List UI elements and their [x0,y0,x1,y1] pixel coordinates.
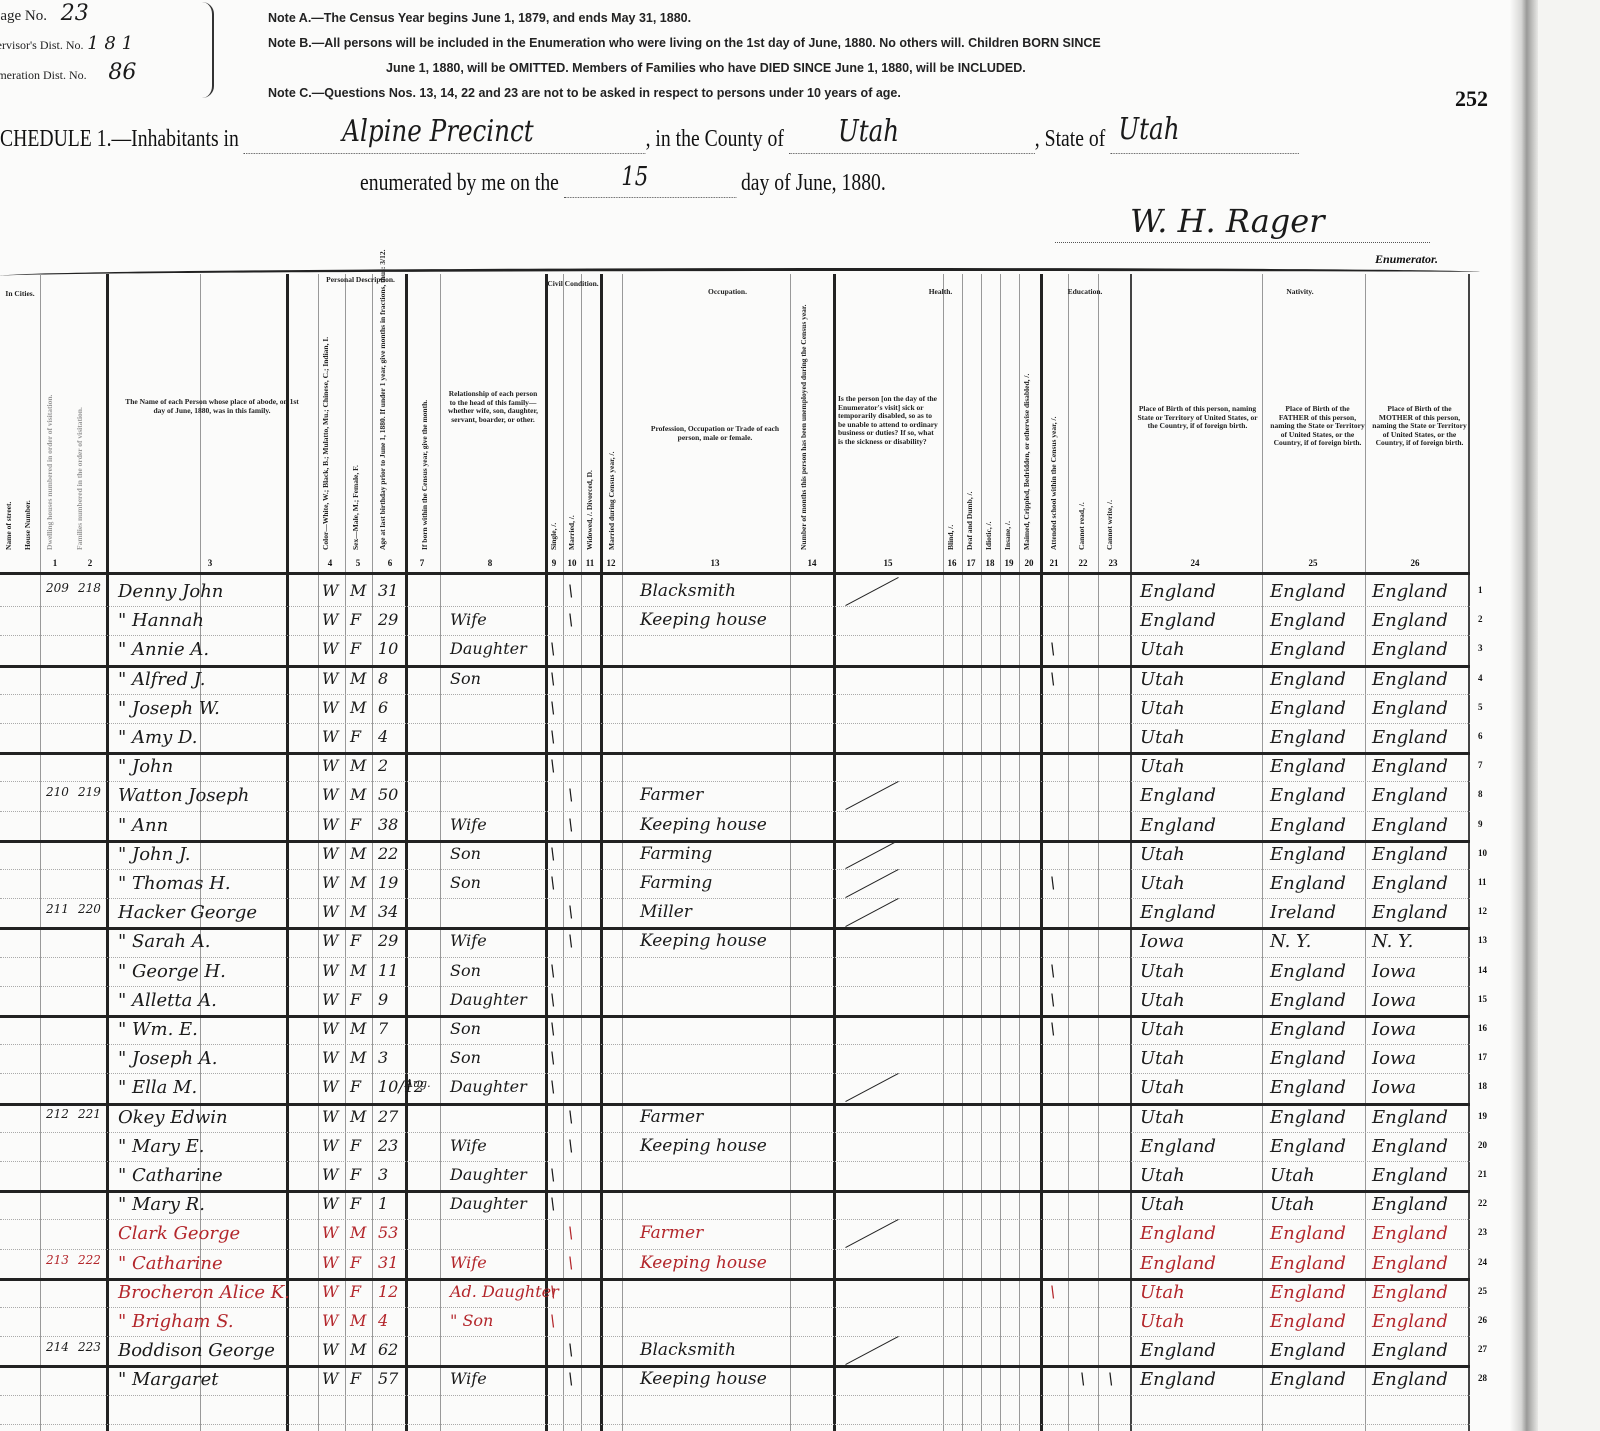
mother-birthplace-cell: Iowa [1372,1048,1416,1069]
header-col17: Deaf and Dumb, /. [966,460,974,550]
precinct-value: Alpine Precinct [342,114,533,149]
table-row: " Ella M.WF10/12Aug.Daughter\UtahEngland… [0,1075,1480,1104]
single-mark: \ [550,961,555,980]
table-row: " Joseph A.WM3Son\UtahEnglandIowa17 [0,1046,1480,1075]
table-row: " Mary R.WF1Daughter\UtahUtahEngland22 [0,1192,1480,1221]
relationship-cell: Wife [450,815,487,834]
table-row: " Brigham S.WM4" Son\UtahEnglandEngland2… [0,1309,1480,1338]
table-row: " JohnWM2\UtahEnglandEngland7 [0,754,1480,783]
line-number: 14 [1478,965,1487,975]
age-cell: 9 [378,990,388,1009]
occupation-cell: Blacksmith [640,581,736,601]
column-number: 22 [1071,558,1095,568]
single-mark: \ [550,844,555,863]
relationship-cell: Daughter [450,990,527,1009]
mother-birthplace-cell: England [1372,1136,1448,1157]
color-cell: W [322,756,338,775]
attended-school-mark: \ [1050,1019,1055,1038]
age-cell: 1 [378,1194,388,1213]
birthplace-cell: Utah [1140,698,1185,719]
mother-birthplace-cell: England [1372,1340,1448,1361]
married-mark: \ [568,902,573,921]
single-mark: \ [550,1282,555,1301]
father-birthplace-cell: England [1270,727,1346,748]
table-row: 209218Denny JohnWM31\BlacksmithEnglandEn… [0,579,1480,608]
sex-cell: F [350,1165,361,1184]
line-number: 6 [1478,731,1483,741]
married-mark: \ [568,1136,573,1155]
sex-cell: F [350,931,361,950]
table-row: 213222" CatharineWF31Wife\Keeping houseE… [0,1251,1480,1280]
page-no-label: Page No. [0,3,47,30]
age-cell: 50 [378,785,398,804]
married-mark: \ [568,1340,573,1359]
line-number: 16 [1478,1023,1487,1033]
line-number: 24 [1478,1257,1487,1267]
sex-cell: F [350,1077,361,1096]
signature-line [1055,242,1430,243]
column-number: 1 [43,558,67,568]
father-birthplace-cell: England [1270,1369,1346,1390]
enumeration-value: 86 [108,60,136,85]
header-civil-condition: Civil Condition. [545,280,601,289]
note-a: Note A.—The Census Year begins June 1, 1… [268,6,1101,31]
person-name: " Mary R. [118,1194,205,1215]
age-cell: 62 [378,1340,398,1359]
color-cell: W [322,1253,338,1272]
column-number: 3 [198,558,222,568]
married-mark: \ [568,581,573,600]
column-number: 24 [1183,558,1207,568]
occupation-cell: Farmer [640,785,703,805]
header-col6: Age at last birthday prior to June 1, 18… [379,310,387,550]
person-name: " Thomas H. [118,873,231,894]
column-number: 15 [876,558,900,568]
header-col4: Color—White, W.; Black, B.; Mulatto, Mu.… [322,310,330,550]
header-col15: Is the person [on the day of the Enumera… [838,395,938,446]
color-cell: W [322,1048,338,1067]
header-col18: Idiotic, /. [985,490,993,550]
person-name: " Ella M. [118,1077,197,1098]
age-cell: 7 [378,1019,388,1038]
header-in-cities: In Cities. [0,290,40,299]
table-row: 210219Watton JosephWM50\FarmerEnglandEng… [0,783,1480,812]
relationship-cell: Wife [450,610,487,629]
table-row: 211220Hacker GeorgeWM34\MillerEnglandIre… [0,900,1480,929]
header-col14: Number of months this person has been un… [800,318,808,550]
row-rule [0,572,1470,575]
mother-birthplace-cell: England [1372,727,1448,748]
supervisor-label: Supervisor's Dist. No. [0,32,84,59]
header-col8: Relationship of each person to the head … [448,390,538,424]
father-birthplace-cell: England [1270,990,1346,1011]
father-birthplace-cell: England [1270,1223,1346,1244]
sex-cell: M [350,961,366,980]
day-value: 15 [621,162,648,192]
header-nativity: Nativity. [1130,288,1470,297]
birthplace-cell: England [1140,581,1216,602]
table-row: " HannahWF29Wife\Keeping houseEnglandEng… [0,608,1480,637]
line-number: 18 [1478,1081,1487,1091]
header-col13: Profession, Occupation or Trade of each … [640,425,790,442]
header-house: House Number. [24,460,32,550]
father-birthplace-cell: Ireland [1270,902,1336,923]
header-col7: If born within the Census year, give the… [421,330,429,550]
color-cell: W [322,1019,338,1038]
birthplace-cell: England [1140,1253,1216,1274]
header-col11: Widowed, /. Divorced, D. [586,420,594,550]
mother-birthplace-cell: England [1372,1253,1448,1274]
column-number: 8 [478,558,502,568]
sex-cell: F [350,1253,361,1272]
table-row: 214223Boddison GeorgeWM62\BlacksmithEngl… [0,1338,1480,1367]
married-mark: \ [568,1253,573,1272]
mother-birthplace-cell: England [1372,1107,1448,1128]
birthplace-cell: Utah [1140,1048,1185,1069]
table-row: " Sarah A.WF29Wife\Keeping houseIowaN. Y… [0,929,1480,958]
single-mark: \ [550,669,555,688]
attended-school-mark: \ [1050,1282,1055,1301]
precinct-field: Alpine Precinct [244,126,646,154]
father-birthplace-cell: Utah [1270,1165,1315,1186]
header-health: Health. [838,288,1043,297]
page-no-value: 23 [61,1,89,26]
single-mark: \ [550,990,555,1009]
relationship-cell: Daughter [450,1077,527,1096]
sex-cell: F [350,1282,361,1301]
age-cell: 3 [378,1165,388,1184]
person-name: " Alletta A. [118,990,217,1011]
family-number: 221 [78,1107,101,1121]
line-number: 15 [1478,994,1487,1004]
person-name: Brocheron Alice K. [118,1282,290,1303]
relationship-cell: " Son [450,1311,493,1330]
age-cell: 2 [378,756,388,775]
color-cell: W [322,698,338,717]
birthplace-cell: Utah [1140,990,1185,1011]
dwelling-number: 212 [46,1107,69,1121]
color-cell: W [322,610,338,629]
color-cell: W [322,1165,338,1184]
color-cell: W [322,815,338,834]
married-mark: \ [568,815,573,834]
person-name: Denny John [118,581,223,602]
person-name: Watton Joseph [118,785,249,806]
color-cell: W [322,785,338,804]
color-cell: W [322,639,338,658]
birthplace-cell: Utah [1140,1077,1185,1098]
occupation-cell: Keeping house [640,1369,767,1389]
person-name: " John [118,756,173,777]
birthplace-cell: Utah [1140,844,1185,865]
dwelling-number: 211 [46,902,69,916]
mother-birthplace-cell: England [1372,1194,1448,1215]
father-birthplace-cell: England [1270,1340,1346,1361]
line-number: 12 [1478,906,1487,916]
father-birthplace-cell: Utah [1270,1194,1315,1215]
color-cell: W [322,727,338,746]
father-birthplace-cell: England [1270,815,1346,836]
column-number: 13 [703,558,727,568]
enumeration-label: Enumeration Dist. No. [0,62,87,89]
column-number: 4 [318,558,342,568]
attended-school-mark: \ [1050,961,1055,980]
enumerated-prefix: enumerated by me on the [360,170,559,196]
line-number: 7 [1478,760,1483,770]
sex-cell: M [350,902,366,921]
color-cell: W [322,1311,338,1330]
mother-birthplace-cell: Iowa [1372,990,1416,1011]
birthplace-cell: Utah [1140,1107,1185,1128]
family-number: 218 [78,581,101,595]
day-field: 15 [564,170,736,198]
color-cell: W [322,669,338,688]
age-cell: 57 [378,1369,398,1388]
father-birthplace-cell: England [1270,873,1346,894]
father-birthplace-cell: England [1270,844,1346,865]
attended-school-mark: \ [1050,669,1055,688]
column-number: 7 [410,558,434,568]
line-number: 13 [1478,935,1487,945]
table-row: " Alfred J.WM8Son\\UtahEnglandEngland4 [0,667,1480,696]
age-cell: 3 [378,1048,388,1067]
mother-birthplace-cell: England [1372,1223,1448,1244]
mother-birthplace-cell: Iowa [1372,1019,1416,1040]
header-col12: Married during Census year, /. [608,410,616,550]
sex-cell: M [350,1107,366,1126]
father-birthplace-cell: England [1270,1019,1346,1040]
relationship-cell: Son [450,669,481,688]
birthplace-cell: Utah [1140,961,1185,982]
occupation-cell: Miller [640,902,692,922]
person-name: " George H. [118,961,226,982]
age-cell: 8 [378,669,388,688]
person-name: " Amy D. [118,727,197,748]
relationship-cell: Son [450,961,481,980]
age-cell: 34 [378,902,398,921]
sex-cell: M [350,1311,366,1330]
page-binding [1510,0,1538,1431]
age-cell: 31 [378,1253,398,1272]
person-name: " Margaret [118,1369,219,1390]
father-birthplace-cell: England [1270,785,1346,806]
family-number: 219 [78,785,101,799]
single-mark: \ [550,1048,555,1067]
father-birthplace-cell: England [1270,961,1346,982]
dwelling-number: 213 [46,1253,69,1267]
line-number: 26 [1478,1315,1487,1325]
age-cell: 23 [378,1136,398,1155]
adjacent-page-edge [1538,0,1600,1431]
person-name: " Wm. E. [118,1019,198,1040]
state-field: Utah [1110,126,1299,154]
single-mark: \ [550,1077,555,1096]
enumerator-label: Enumerator. [1375,252,1438,267]
note-b: Note B.—All persons will be included in … [268,31,1101,56]
person-name: " Joseph A. [118,1048,218,1069]
header-occupation: Occupation. [625,288,830,297]
age-cell: 29 [378,931,398,950]
sex-cell: M [350,844,366,863]
line-number: 17 [1478,1052,1487,1062]
dwelling-number: 210 [46,785,69,799]
birthplace-cell: Utah [1140,639,1185,660]
single-mark: \ [550,1194,555,1213]
person-name: " Mary E. [118,1136,205,1157]
line-number: 28 [1478,1373,1487,1383]
birthplace-cell: England [1140,1223,1216,1244]
line-number: 8 [1478,789,1483,799]
table-row: " Wm. E.WM7Son\\UtahEnglandIowa16 [0,1017,1480,1046]
color-cell: W [322,1194,338,1213]
father-birthplace-cell: England [1270,1107,1346,1128]
father-birthplace-cell: England [1270,669,1346,690]
header-street: Name of street. [5,460,13,550]
age-cell: 4 [378,727,388,746]
header-col22: Cannot read, /. [1078,470,1086,550]
married-mark: \ [568,931,573,950]
table-row: Clark GeorgeWM53\FarmerEnglandEnglandEng… [0,1221,1480,1250]
line-number: 2 [1478,614,1483,624]
father-birthplace-cell: England [1270,1136,1346,1157]
header-col2: Families numbered in the order of visita… [76,340,84,550]
column-number: 14 [800,558,824,568]
relationship-cell: Ad. Daughter [450,1282,559,1301]
relationship-cell: Son [450,1019,481,1038]
person-name: " Brigham S. [118,1311,234,1332]
header-col1: Dwelling houses numbered in order of vis… [46,340,54,550]
header-col24: Place of Birth of this person, naming St… [1135,405,1260,431]
relationship-cell: Wife [450,1369,487,1388]
age-cell: 31 [378,581,398,600]
note-c: Note C.—Questions Nos. 13, 14, 22 and 23… [268,81,1101,106]
occupation-cell: Farming [640,844,712,864]
father-birthplace-cell: England [1270,581,1346,602]
person-name: Hacker George [118,902,257,923]
person-name: Okey Edwin [118,1107,228,1128]
line-number: 5 [1478,702,1483,712]
sex-cell: M [350,1048,366,1067]
age-cell: 11 [378,961,398,980]
age-cell: 53 [378,1223,398,1242]
mother-birthplace-cell: England [1372,756,1448,777]
color-cell: W [322,1340,338,1359]
column-number: 23 [1101,558,1125,568]
father-birthplace-cell: England [1270,639,1346,660]
column-number: 25 [1301,558,1325,568]
birthplace-cell: Utah [1140,1282,1185,1303]
birthplace-cell: England [1140,1340,1216,1361]
sex-cell: F [350,815,361,834]
enumerator-signature: W. H. Rager [1130,202,1325,240]
color-cell: W [322,1223,338,1242]
occupation-cell: Blacksmith [640,1340,736,1360]
birthplace-cell: Utah [1140,1311,1185,1332]
single-mark: \ [550,1311,555,1330]
relationship-cell: Daughter [450,639,527,658]
sex-cell: M [350,1019,366,1038]
header-personal-description: Personal Description. [313,276,408,285]
occupation-cell: Keeping house [640,610,767,630]
table-row: " Thomas H.WM19Son\Farming\UtahEnglandEn… [0,871,1480,900]
birthplace-cell: England [1140,1369,1216,1390]
age-cell: 38 [378,815,398,834]
married-mark: \ [568,610,573,629]
mother-birthplace-cell: England [1372,1165,1448,1186]
mother-birthplace-cell: Iowa [1372,1077,1416,1098]
occupation-cell: Keeping house [640,931,767,951]
birthplace-cell: Utah [1140,669,1185,690]
single-mark: \ [550,1165,555,1184]
header-col26: Place of Birth of the MOTHER of this per… [1372,405,1467,448]
relationship-cell: Wife [450,1253,487,1272]
father-birthplace-cell: England [1270,756,1346,777]
person-name: " Hannah [118,610,204,631]
birthplace-cell: Utah [1140,727,1185,748]
table-row: " John J.WM22Son\FarmingUtahEnglandEngla… [0,842,1480,871]
mother-birthplace-cell: England [1372,669,1448,690]
married-mark: \ [568,1369,573,1388]
father-birthplace-cell: England [1270,1311,1346,1332]
birthplace-cell: Utah [1140,1165,1185,1186]
birthplace-cell: England [1140,815,1216,836]
column-number: 20 [1017,558,1041,568]
mother-birthplace-cell: England [1372,1369,1448,1390]
sex-cell: M [350,756,366,775]
birthplace-cell: England [1140,1136,1216,1157]
occupation-cell: Keeping house [640,1253,767,1273]
header-education: Education. [1045,288,1125,297]
age-cell: 29 [378,610,398,629]
sex-cell: M [350,873,366,892]
mother-birthplace-cell: England [1372,698,1448,719]
relationship-cell: Wife [450,1136,487,1155]
person-name: " Annie A. [118,639,209,660]
schedule-title: CHEDULE 1.—Inhabitants in Alpine Precinc… [0,126,1299,154]
column-number: 12 [599,558,623,568]
family-number: 222 [78,1253,101,1267]
column-number: 2 [78,558,102,568]
column-number: 21 [1042,558,1066,568]
line-number: 10 [1478,848,1487,858]
birthplace-cell: England [1140,610,1216,631]
occupation-cell: Keeping house [640,815,767,835]
sex-cell: F [350,1136,361,1155]
married-mark: \ [568,785,573,804]
color-cell: W [322,1107,338,1126]
enumerated-suffix: day of June, 1880. [741,170,886,196]
occupation-cell: Farming [640,873,712,893]
header-col19: Insane, /. [1004,490,1012,550]
sheet-number: 252 [1455,86,1488,112]
father-birthplace-cell: England [1270,1253,1346,1274]
table-row: 212221Okey EdwinWM27\FarmerUtahEnglandEn… [0,1105,1480,1134]
sex-cell: F [350,639,361,658]
single-mark: \ [550,873,555,892]
dwelling-number: 214 [46,1340,69,1354]
birth-month-cell: Aug. [405,1077,431,1090]
mother-birthplace-cell: England [1372,815,1448,836]
line-number: 3 [1478,643,1483,653]
sex-cell: F [350,727,361,746]
color-cell: W [322,1282,338,1301]
line-number: 20 [1478,1140,1487,1150]
mother-birthplace-cell: England [1372,639,1448,660]
state-value: Utah [1118,112,1179,147]
mother-birthplace-cell: England [1372,610,1448,631]
mother-birthplace-cell: England [1372,1282,1448,1303]
header-col16: Blind, /. [947,490,955,550]
